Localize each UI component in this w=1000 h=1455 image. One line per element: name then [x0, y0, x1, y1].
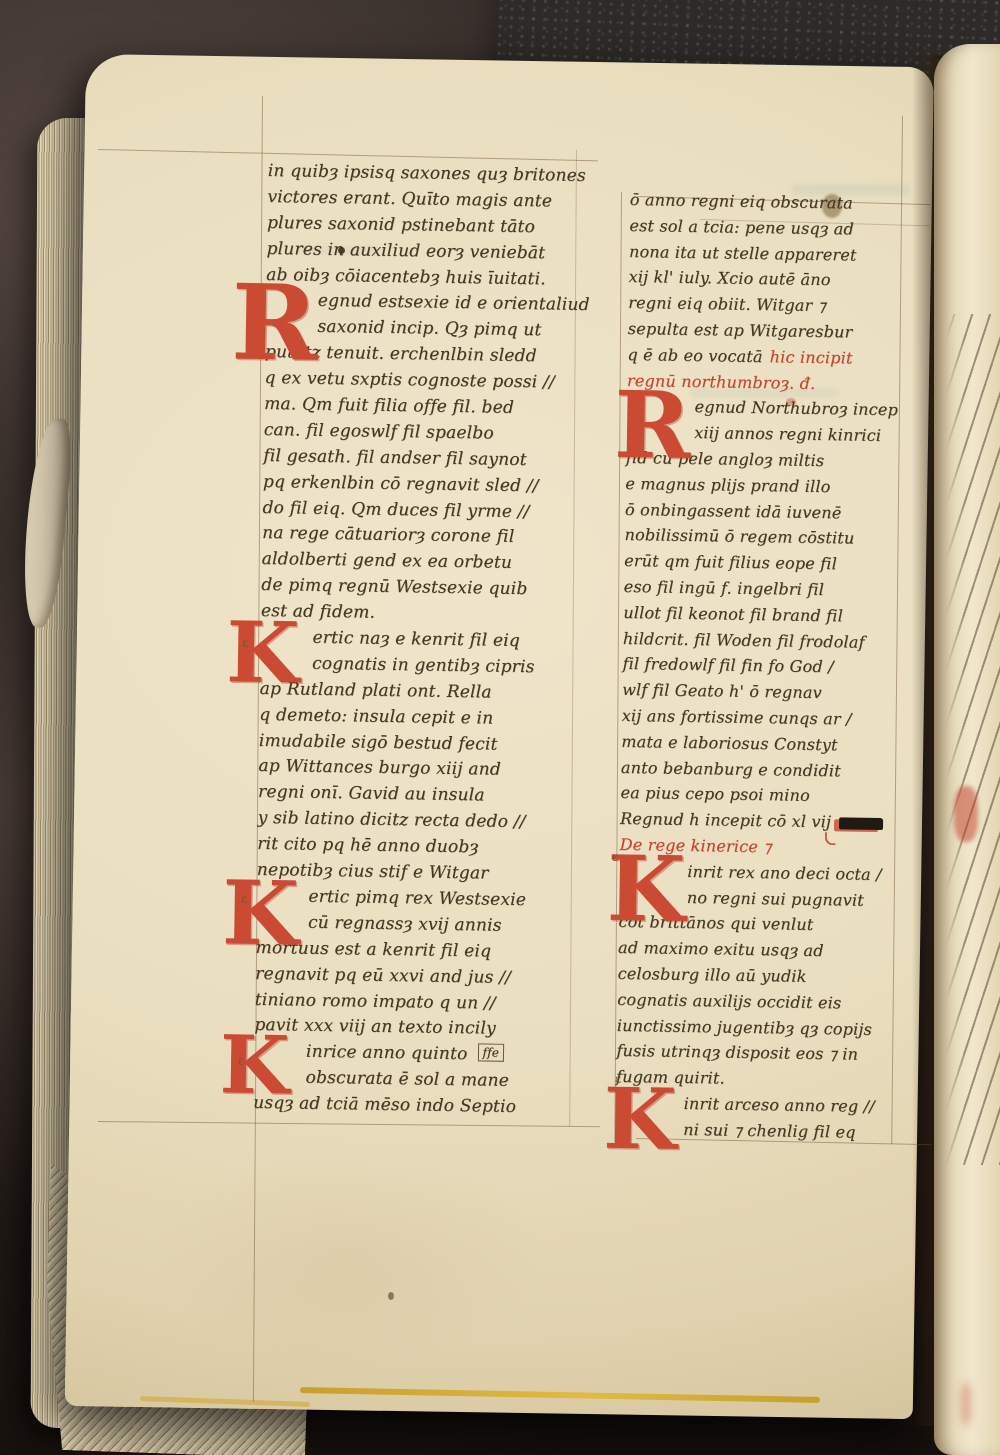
line-text: cognatis auxilijs occidit eis	[617, 990, 841, 1013]
rubricated-initial: K	[607, 856, 686, 922]
line-text: q demeto: insula cepit e in	[259, 705, 493, 729]
paraph-mark: ɛ	[241, 892, 247, 906]
line-text: ma. Qm fuit filia offe fil. bed	[264, 394, 514, 418]
line-text: ertic pimq rex Westsexie	[308, 887, 526, 910]
line-text: regnavit pq eū xxvi and jus //	[255, 964, 511, 988]
line-text: cognatis in gentibȝ cipris	[312, 654, 535, 677]
line-text: mata e laboriosus Constyt	[621, 732, 838, 754]
line-text: xij ans fortissime cunqs ar /	[622, 706, 852, 729]
line-text: hildcrit. fil Woden fil frodolaf	[623, 628, 865, 651]
line-text: celosburg illo aū yudik	[618, 964, 807, 986]
line-text: na rege cātuariorȝ corone fil	[262, 523, 515, 547]
next-page-foredge	[934, 44, 1000, 1455]
line-text: ertic naȝ e kenrit fil eiq	[312, 628, 520, 651]
line-text: ni sui ⁊ chenlig fil eq	[683, 1120, 856, 1142]
line-text: xij kl' iuly. Xcio autē āno	[628, 267, 830, 289]
paraph-mark: ɛ	[612, 850, 618, 864]
text-line: Regnud Northubroȝ incep	[626, 396, 912, 426]
line-text: do fil eiq. Qm duces fil yrme //	[262, 498, 529, 522]
line-text: ō onbingassent idā iuvenē	[625, 500, 842, 522]
line-text: fil fredowlf fil fin fo God /	[622, 654, 834, 676]
line-text: ap Wittances burgo xiij and	[258, 756, 501, 780]
paraph-mark: ɛ	[615, 1072, 621, 1086]
rubricated-initial: K	[226, 622, 300, 684]
line-text: ullot fil keonot fil brand fil	[623, 603, 843, 625]
ink-deletion-blob	[839, 817, 883, 830]
line-text: y sib latino dicitz recta dedo //	[258, 808, 526, 832]
line-text: ea pius cepo psoi mino	[620, 783, 810, 805]
line-text: inrit rex ano deci octa /	[687, 862, 882, 884]
line-text: imudabile sigō bestud fecit	[259, 731, 498, 755]
line-text: inrit arceso anno reg //	[684, 1094, 875, 1116]
line-text: plures saxonid pstinebant tāto	[267, 213, 535, 237]
line-text: egnud estsexie id e orientaliud	[318, 291, 590, 315]
rubricated-initial: K	[219, 1037, 290, 1096]
line-text: de pimq regnū Westsexie quib	[261, 575, 527, 599]
line-text: tiniano romo impato q un //	[255, 989, 496, 1013]
text-column-right: ō anno regni eiq obscurataest sol a tcia…	[615, 190, 916, 1149]
line-text: fil gesath. fil andser fil saynot	[263, 446, 527, 470]
line-text: nobilissimū ō regem cōstitu	[624, 525, 854, 548]
parchment-stain	[150, 1150, 550, 1370]
paraph-mark: ɛ	[242, 636, 248, 650]
line-text: saxonid incip. Qȝ pimq ut	[317, 317, 541, 341]
line-text: iunctissimo jugentibȝ qȝ copijs	[617, 1015, 872, 1038]
text-line: Kinrit rex ano deci octa /	[619, 861, 905, 891]
line-text: rit cito pq hē anno duobȝ	[257, 834, 479, 857]
line-text: egnud Northubroȝ incep	[694, 397, 898, 419]
line-text: nona ita ut stelle appareret	[629, 242, 857, 265]
line-text: est sol a tcia: pene usqȝ ad	[629, 216, 854, 239]
line-text: can. fil egoswlf fil spaelbo	[264, 420, 494, 444]
line-text: erūt qm fuit filius eope fil	[624, 551, 837, 573]
line-text: wlf fil Geato h' ō regnav	[622, 680, 822, 702]
line-text: regni onī. Gavid au insula	[258, 782, 485, 806]
line-text: fusis utrinqȝ disposit eos ⁊ in	[616, 1041, 858, 1064]
paraph-mark: ɛ	[238, 1054, 244, 1068]
line-text: q ē ab eo vocatā	[627, 345, 763, 366]
line-text: anto bebanburg e condidit	[621, 757, 841, 779]
line-text: inrice anno quinto	[306, 1042, 468, 1065]
line-text: sepulta est ap Witgaresbur	[628, 319, 853, 342]
line-text: ō anno regni eiq obscurata	[630, 190, 853, 213]
line-text: Regnud h incepit cō xl vij	[620, 809, 831, 831]
line-text: cū regnassȝ xvij annis	[308, 913, 502, 936]
text-line: Kinrit arceso anno reg //	[615, 1093, 901, 1123]
text-line: usqȝ ad tciā mēso indo Septio	[253, 1093, 575, 1124]
line-text: in quibȝ ipsisq saxones quȝ britones	[268, 161, 586, 186]
text-column-left: in quibȝ ipsisq saxones quȝ britonesvict…	[253, 161, 590, 1124]
line-text: pq erkenlbin cō regnavit sled //	[263, 472, 539, 496]
line-text: plures in auxiliud eorȝ veniebāt	[266, 239, 545, 263]
text-line: Regnud estsexie id e orientaliud	[266, 290, 588, 321]
line-text: obscurata ē sol a mane	[305, 1068, 509, 1091]
line-text: victores erant. Quīto magis ante	[267, 187, 552, 211]
line-text: eso fil ingū f. ingelbri fil	[624, 577, 825, 599]
rubricated-initial: K	[603, 1089, 677, 1151]
rubricated-initial: K	[222, 881, 300, 946]
line-text: xiij annos regni kinrici	[694, 423, 881, 445]
line-text: regni eiq obiit. Witgar ⁊	[628, 293, 826, 315]
line-text: usqȝ ad tciā mēso indo Septio	[253, 1093, 516, 1117]
rubric-inline-heading: hic incipit	[770, 347, 853, 367]
rubricated-initial: R	[231, 286, 319, 362]
boxed-correction-mark: ffe	[477, 1044, 504, 1062]
line-text: aldolberti gend ex ea orbetu	[262, 549, 513, 573]
rubricated-initial: R	[614, 392, 692, 459]
line-text: no regni sui pugnavit	[687, 887, 864, 909]
